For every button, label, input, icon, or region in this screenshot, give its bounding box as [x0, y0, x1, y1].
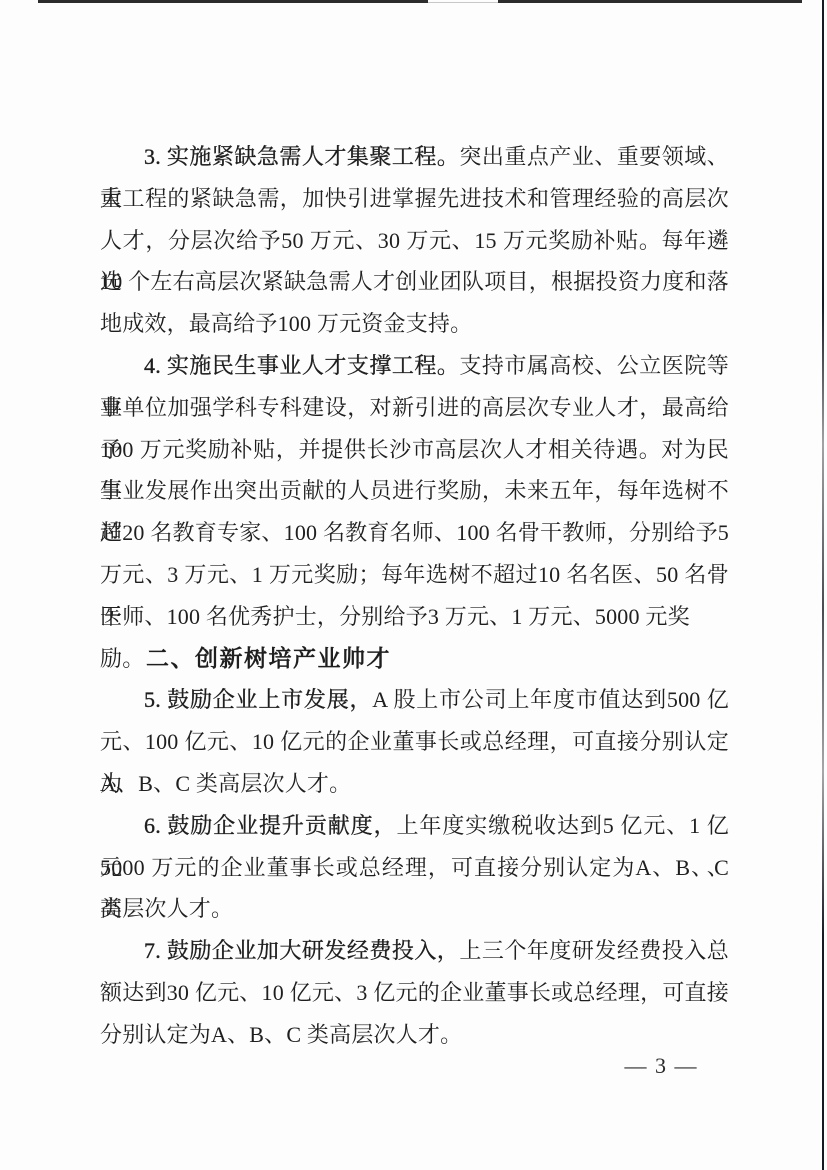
- text-line: 大工程的紧缺急需，加快引进掌握先进技术和管理经验的高层次: [100, 178, 729, 220]
- text-line: 10 个左右高层次紧缺急需人才创业团队项目，根据投资力度和落: [100, 261, 729, 303]
- lead-phrase: 6. 鼓励企业提升贡献度，: [144, 813, 397, 838]
- page-number-label: — 3 —: [625, 1053, 697, 1078]
- text-line: 过20 名教育专家、100 名教育名师、100 名骨干教师，分别给予5: [100, 512, 729, 554]
- item-7: 7. 鼓励企业加大研发经费投入，上三个年度研发经费投入总额达到30 亿元、10 …: [100, 930, 729, 1055]
- body-text: 额达到30 亿元、10 亿元、3 亿元的企业董事长或总经理，可直接: [100, 980, 729, 1005]
- item-6: 6. 鼓励企业提升贡献度，上年度实缴税收达到5 亿元、1 亿元、5000 万元的…: [100, 805, 729, 930]
- text-line: 高层次人才。: [100, 888, 729, 930]
- text-line: 业单位加强学科专科建设，对新引进的高层次专业人才，最高给予: [100, 387, 729, 429]
- page-number: — 3 —: [598, 1051, 723, 1081]
- body-text: 10 个左右高层次紧缺急需人才创业团队项目，根据投资力度和落: [100, 269, 729, 294]
- lead-phrase: 5. 鼓励企业上市发展，: [144, 687, 372, 712]
- section-2-heading: 二、创新树培产业帅才: [100, 638, 729, 680]
- text-line: 7. 鼓励企业加大研发经费投入，上三个年度研发经费投入总: [100, 930, 729, 972]
- body-text: 地成效，最高给予100 万元资金支持。: [100, 311, 472, 336]
- item-5: 5. 鼓励企业上市发展，A 股上市公司上年度市值达到500 亿元、100 亿元、…: [100, 679, 729, 804]
- body-text: 分别认定为A、B、C 类高层次人才。: [100, 1022, 462, 1047]
- body-text: 过20 名教育专家、100 名教育名师、100 名骨干教师，分别给予5: [100, 520, 729, 545]
- text-line: 医师、100 名优秀护士，分别给予3 万元、1 万元、5000 元奖励。: [100, 596, 729, 638]
- body-text: 大工程的紧缺急需，加快引进掌握先进技术和管理经验的高层次: [100, 186, 729, 211]
- text-line: 100 万元奖励补贴，并提供长沙市高层次人才相关待遇。对为民生: [100, 429, 729, 471]
- body-text: 高层次人才。: [100, 896, 233, 921]
- text-line: A、B、C 类高层次人才。: [100, 763, 729, 805]
- text-line: 6. 鼓励企业提升贡献度，上年度实缴税收达到5 亿元、1 亿元、: [100, 805, 729, 847]
- text-line: 5. 鼓励企业上市发展，A 股上市公司上年度市值达到500 亿: [100, 679, 729, 721]
- lead-phrase: 7. 鼓励企业加大研发经费投入，: [144, 938, 459, 963]
- text-line: 5000 万元的企业董事长或总经理，可直接分别认定为A、B、C 类: [100, 847, 729, 889]
- body-text: A 股上市公司上年度市值达到500 亿: [372, 687, 729, 712]
- scan-edge-top-faint: [38, 2, 802, 3]
- text-line: 万元、3 万元、1 万元奖励；每年选树不超过10 名名医、50 名骨干: [100, 554, 729, 596]
- text-line: 分别认定为A、B、C 类高层次人才。: [100, 1014, 729, 1056]
- item-3: 3. 实施紧缺急需人才集聚工程。突出重点产业、重要领域、重大工程的紧缺急需，加快…: [100, 136, 729, 345]
- text-line: 地成效，最高给予100 万元资金支持。: [100, 303, 729, 345]
- body-text: 上三个年度研发经费投入总: [459, 938, 729, 963]
- text-line: 事业发展作出突出贡献的人员进行奖励，未来五年，每年选树不超: [100, 470, 729, 512]
- text-line: 额达到30 亿元、10 亿元、3 亿元的企业董事长或总经理，可直接: [100, 972, 729, 1014]
- item-4: 4. 实施民生事业人才支撑工程。支持市属高校、公立医院等事业单位加强学科专科建设…: [100, 345, 729, 638]
- lead-phrase: 3. 实施紧缺急需人才集聚工程。: [144, 144, 459, 169]
- scanned-document-page: { "page": { "background": "#fdfdfd", "te…: [0, 0, 827, 1170]
- text-line: 4. 实施民生事业人才支撑工程。支持市属高校、公立医院等事: [100, 345, 729, 387]
- section-heading: 二、创新树培产业帅才: [100, 638, 729, 680]
- text-line: 元、100 亿元、10 亿元的企业董事长或总经理，可直接分别认定为: [100, 721, 729, 763]
- lead-phrase: 4. 实施民生事业人才支撑工程。: [144, 353, 459, 378]
- text-line: 人才，分层次给予50 万元、30 万元、15 万元奖励补贴。每年遴选: [100, 220, 729, 262]
- body-text: A、B、C 类高层次人才。: [100, 771, 351, 796]
- document-body: 3. 实施紧缺急需人才集聚工程。突出重点产业、重要领域、重大工程的紧缺急需，加快…: [100, 136, 729, 1056]
- text-line: 3. 实施紧缺急需人才集聚工程。突出重点产业、重要领域、重: [100, 136, 729, 178]
- scan-edge-right: [822, 0, 824, 1170]
